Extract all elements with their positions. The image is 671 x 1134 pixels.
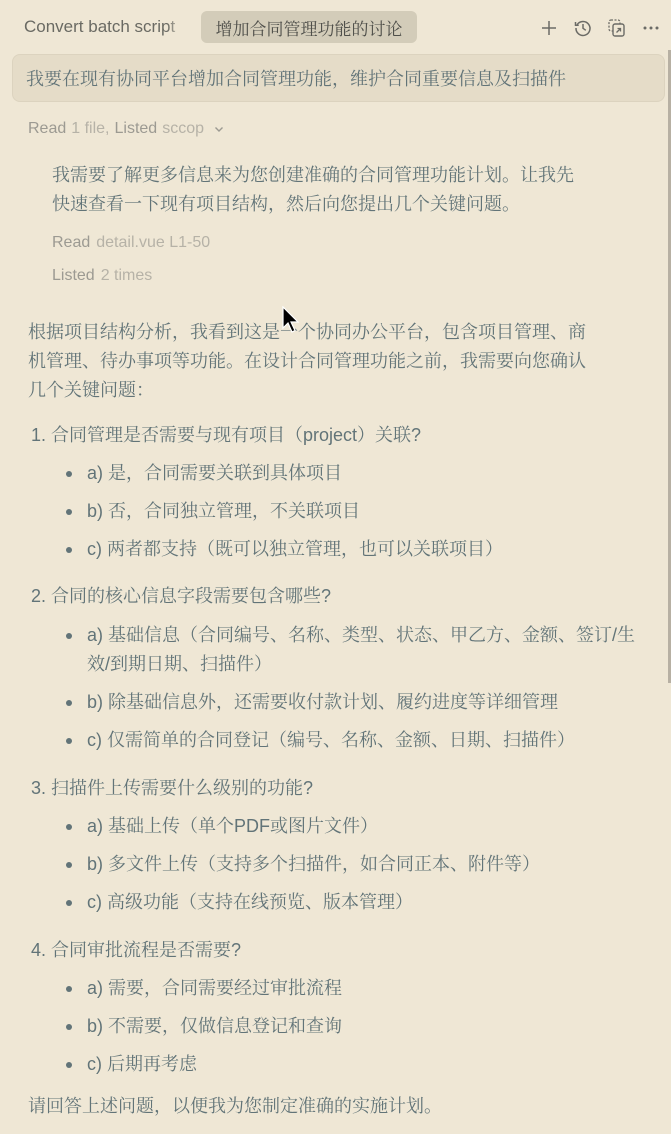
question-option: a) 需要，合同需要经过审批流程 [66,974,646,1003]
tool-call-read[interactable]: Read detail.vue L1-50 [52,234,632,252]
bullet-icon [66,738,72,744]
analysis-line: 机管理、待办事项等功能。在设计合同管理功能之前，我需要向您确认 [28,347,638,376]
option-text: b) 否，合同独立管理，不关联项目 [87,497,646,526]
question-option: b) 除基础信息外，还需要收付款计划、履约进度等详细管理 [66,688,646,717]
option-text: c) 两者都支持（既可以独立管理，也可以关联项目） [87,535,646,564]
question-option: b) 多文件上传（支持多个扫描件，如合同正本、附件等） [66,850,646,879]
question-option: a) 是，合同需要关联到具体项目 [66,459,646,488]
question-option: c) 后期再考虑 [66,1050,646,1079]
bullet-icon [66,1062,72,1068]
option-text: c) 高级功能（支持在线预览、版本管理） [87,888,646,917]
bullet-icon [66,1024,72,1030]
intro-line: 我需要了解更多信息来为您创建准确的合同管理功能计划。让我先 [52,161,632,190]
tab-convert-batch-script[interactable]: Convert batch script [24,11,186,43]
tool-summary-toggle[interactable]: Read 1 file, Listed sccop [28,120,225,138]
option-text: c) 仅需简单的合同登记（编号、名称、金额、日期、扫描件） [87,726,646,755]
question-option: a) 基础信息（合同编号、名称、类型、状态、甲乙方、金额、签订/生效/到期日期、… [66,621,646,679]
open-in-window-button[interactable] [607,18,627,38]
tool-call-label: Read [52,234,90,252]
option-text: b) 除基础信息外，还需要收付款计划、履约进度等详细管理 [87,688,646,717]
question-title: 2. 合同的核心信息字段需要包含哪些? [31,582,331,608]
option-text: a) 需要，合同需要经过审批流程 [87,974,646,1003]
option-text: b) 不需要，仅做信息登记和查询 [87,1012,646,1041]
more-button[interactable] [641,18,661,38]
bullet-icon [66,824,72,830]
option-text: a) 基础上传（单个PDF或图片文件） [87,812,646,841]
analysis-line: 几个关键问题： [28,376,638,405]
analysis-paragraph: 根据项目结构分析，我看到这是一个协同办公平台，包含项目管理、商 机管理、待办事项… [28,318,638,405]
new-chat-button[interactable] [539,18,559,38]
bullet-icon [66,471,72,477]
tab-actions [539,14,661,42]
question-title: 4. 合同审批流程是否需要? [31,936,241,962]
option-text: c) 后期再考虑 [87,1050,646,1079]
option-text: a) 是，合同需要关联到具体项目 [87,459,646,488]
bullet-icon [66,509,72,515]
tool-call-listed[interactable]: Listed 2 times [52,267,632,285]
bullet-icon [66,547,72,553]
intro-message: 我需要了解更多信息来为您创建准确的合同管理功能计划。让我先 快速查看一下现有项目… [52,161,632,219]
question-option: b) 否，合同独立管理，不关联项目 [66,497,646,526]
tool-summary-read-label: Read [28,120,66,138]
question-option: c) 两者都支持（既可以独立管理，也可以关联项目） [66,535,646,564]
question-option: c) 仅需简单的合同登记（编号、名称、金额、日期、扫描件） [66,726,646,755]
analysis-line: 根据项目结构分析，我看到这是一个协同办公平台，包含项目管理、商 [28,318,638,347]
history-icon [573,18,593,38]
more-icon [642,19,660,37]
option-text: a) 基础信息（合同编号、名称、类型、状态、甲乙方、金额、签订/生效/到期日期、… [87,621,646,679]
bullet-icon [66,633,72,639]
chevron-down-icon [213,123,225,135]
plus-icon [540,19,558,37]
bullet-icon [66,900,72,906]
option-text: b) 多文件上传（支持多个扫描件，如合同正本、附件等） [87,850,646,879]
tool-call-value: 2 times [101,267,153,285]
user-prompt-message[interactable]: 我要在现有协同平台增加合同管理功能，维护合同重要信息及扫描件 [12,54,665,102]
closing-message: 请回答上述问题，以便我为您制定准确的实施计划。 [28,1092,638,1121]
intro-line: 快速查看一下现有项目结构，然后向您提出几个关键问题。 [52,190,632,219]
history-button[interactable] [573,18,593,38]
tool-summary-read-value: 1 file, [71,120,109,138]
question-option: a) 基础上传（单个PDF或图片文件） [66,812,646,841]
question-option: c) 高级功能（支持在线预览、版本管理） [66,888,646,917]
tool-call-value: detail.vue L1-50 [96,234,210,252]
tool-call-label: Listed [52,267,95,285]
question-title: 1. 合同管理是否需要与现有项目（project）关联? [31,421,421,447]
question-title: 3. 扫描件上传需要什么级别的功能? [31,774,313,800]
tab-bar: Convert batch script 增加合同管理功能的讨论 [0,0,671,54]
tool-summary-listed-value: sccop [162,120,204,138]
tab-contract-management-discussion[interactable]: 增加合同管理功能的讨论 [201,11,417,43]
tool-summary-listed-label: Listed [115,120,158,138]
open-external-icon [607,18,627,38]
bullet-icon [66,986,72,992]
bullet-icon [66,862,72,868]
chat-panel: Convert batch script 增加合同管理功能的讨论 [0,0,671,1134]
bullet-icon [66,700,72,706]
question-option: b) 不需要，仅做信息登记和查询 [66,1012,646,1041]
